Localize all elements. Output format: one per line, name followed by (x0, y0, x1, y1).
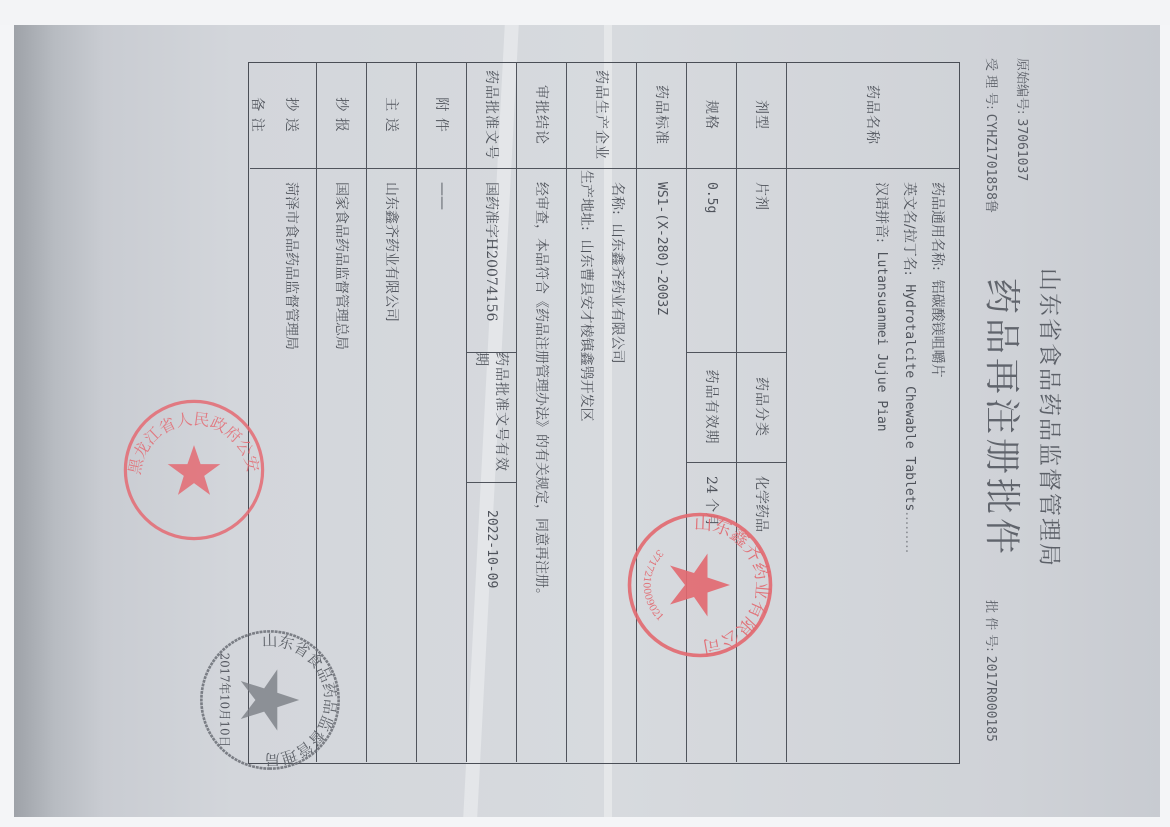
original-number: 原始编号: 37061037 (1014, 58, 1033, 181)
label-drug-name: 药品名称 (787, 62, 960, 168)
approval-number: 批 件 号: 2017R000185 (983, 600, 1002, 742)
generic-name: 药品通用名称: 铝碳酸镁咀嚼片 (928, 182, 948, 378)
original-number-value: 37061037 (1014, 119, 1029, 182)
svg-text:3717210009021: 3717210009021 (641, 547, 666, 624)
svg-text:黑龙江省人民政府公安厅: 黑龙江省人民政府公安厅 (113, 382, 263, 476)
company-seal-graphic: 山东鑫齐药业有限公司 3717210009021 (625, 510, 775, 660)
label-approval-validity: 药品批准文号有效期 (467, 352, 517, 482)
manufacturer-address-label: 生产地址: (577, 170, 597, 231)
label-specification: 规格 (687, 62, 737, 168)
report-to-value: 国家食品药品监督管理总局 (317, 182, 367, 350)
star-icon (168, 445, 221, 495)
label-shelf-life: 药品有效期 (687, 352, 737, 462)
manufacturer-name: 名称: 山东鑫齐药业有限公司 (607, 182, 629, 364)
approval-doc-number-value: 国药准字H20074156 (467, 182, 517, 321)
label-copy-to: 抄 送 (267, 62, 317, 168)
approval-document: 山东省食品药品监督管理局 药品再注册批件 原始编号: 37061037 受 理 … (0, 0, 1170, 827)
heilongjiang-seal-graphic: 黑龙江省人民政府公安厅 (121, 397, 267, 543)
pinyin-name: 汉语拼音: Lutansuanmei Jujue Pian (872, 182, 892, 432)
manufacturer-address-value: 山东曹县安才棱镇鑫鸮开发区 (577, 240, 597, 422)
pinyin-value: Lutansuanmei Jujue Pian (875, 252, 890, 432)
standard-value: WS1-(X-280)-2003Z (637, 182, 687, 315)
company-seal: 山东鑫齐药业有限公司 3717210009021 (625, 510, 775, 660)
generic-name-value: 铝碳酸镁咀嚼片 (928, 280, 948, 378)
attachment-value: —— (417, 182, 467, 210)
pinyin-label: 汉语拼音: (872, 182, 892, 243)
english-name-label: 英文名/拉丁名: (900, 182, 920, 275)
manufacturer-address: 生产地址: 山东曹县安才棱镇鑫鸮开发区 (576, 170, 598, 422)
main-recipient-value: 山东鑫齐药业有限公司 (367, 182, 417, 322)
authority-seal: 山东省食品药品监督管理局 2017年10月10日 (197, 627, 343, 773)
cell-divider (467, 482, 517, 483)
svg-text:2017年10月10日: 2017年10月10日 (217, 653, 231, 747)
approval-number-value: 2017R000185 (983, 656, 998, 742)
star-icon (241, 669, 299, 730)
issuer-heading: 山东省食品药品监督管理局 (1035, 268, 1068, 568)
specification-value: 0.5g (687, 182, 737, 213)
star-icon (670, 554, 730, 617)
label-category: 药品分类 (737, 352, 787, 462)
copy-to-value: 菏泽市食品药品监督管理局 (267, 182, 317, 350)
label-conclusion: 审批结论 (517, 62, 567, 168)
label-manufacturer: 药品生产企业 (567, 62, 637, 168)
label-column-divider (250, 168, 960, 169)
english-name-value: Hydrotalcite Chewable Tablets (903, 284, 918, 511)
conclusion-value: 经审查，本品符合《药品注册管理办法》的有关规定，同意再注册。 (517, 182, 567, 602)
label-remarks: 备 注 (250, 62, 267, 168)
label-report-to: 抄 报 (317, 62, 367, 168)
document-title: 药品再注册批件 (979, 278, 1030, 558)
label-dosage-form: 剂型 (737, 62, 787, 168)
label-standard: 药品标准 (637, 62, 687, 168)
authority-seal-graphic: 山东省食品药品监督管理局 2017年10月10日 (197, 627, 343, 773)
acceptance-number: 受 理 号: CYHZ1701858鲁 (983, 58, 1002, 213)
manufacturer-name-value: 山东鑫齐药业有限公司 (608, 224, 628, 364)
dosage-form-value: 片剂 (737, 182, 787, 210)
label-main-recipient: 主 送 (367, 62, 417, 168)
acceptance-number-value: CYHZ1701858鲁 (983, 114, 998, 213)
approval-number-label: 批 件 号: (983, 600, 998, 652)
heilongjiang-seal: 黑龙江省人民政府公安厅 (121, 397, 267, 543)
generic-name-label: 药品通用名称: (928, 182, 948, 271)
label-approval-doc-number: 药品批准文号 (467, 62, 517, 168)
english-name: 英文名/拉丁名: Hydrotalcite Chewable Tablets …… (900, 182, 920, 553)
cell-divider (687, 462, 787, 463)
manufacturer-name-label: 名称: (608, 182, 628, 215)
label-attachment: 附 件 (417, 62, 467, 168)
approval-validity-value: 2022-10-09 (467, 510, 517, 588)
original-number-label: 原始编号: (1014, 58, 1029, 114)
acceptance-number-label: 受 理 号: (983, 58, 998, 110)
